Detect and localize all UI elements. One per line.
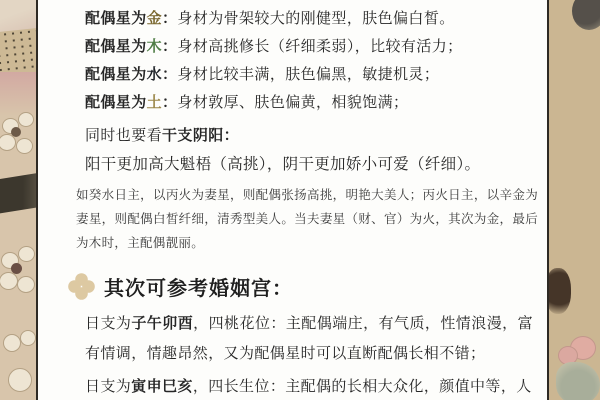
day-branch-paragraph-changsheng: 日支为寅申巳亥，四长生位：主配偶的长相大众化，颜值中等，人 xyxy=(85,371,533,400)
ganzhi-heading-bold: 干支阴阳： xyxy=(162,126,239,144)
colon: ： xyxy=(162,93,177,111)
spouse-star-line-wood: 配偶星为木：身材高挑修长（纤细柔弱），比较有活力； xyxy=(85,35,463,56)
flower-petal xyxy=(8,368,32,392)
spouse-star-prefix: 配偶星为 xyxy=(85,93,147,111)
ganzhi-heading-prefix: 同时也要看 xyxy=(85,126,162,144)
left-floral-strip xyxy=(0,0,38,400)
marriage-palace-heading: 其次可参考婚姻宫： xyxy=(68,272,293,301)
element-wood: 木 xyxy=(147,37,162,55)
flower-petal xyxy=(17,276,35,293)
flower-petal xyxy=(3,334,21,352)
colon: ： xyxy=(162,37,177,55)
right-strip-dark-branch xyxy=(547,268,571,314)
spouse-star-description: 身材比较丰满，肤色偏黑，敏捷机灵； xyxy=(177,65,439,83)
day-branch-bold: 子午卯酉 xyxy=(131,314,193,332)
flower-petal xyxy=(0,272,18,290)
day-branch-prefix: 日支为 xyxy=(85,314,131,332)
colon: ： xyxy=(162,9,177,27)
flower-petal xyxy=(18,246,35,262)
flower-petal xyxy=(18,112,34,127)
element-earth: 土 xyxy=(147,93,162,111)
right-strip-dark-rock xyxy=(572,0,600,30)
day-branch-prefix: 日支为 xyxy=(85,377,131,395)
spouse-star-line-earth: 配偶星为土：身材敦厚、肤色偏黄，相貌饱满； xyxy=(85,91,408,112)
document-body: 配偶星为金：身材为骨架较大的刚健型，肤色偏白皙。 配偶星为木：身材高挑修长（纤细… xyxy=(40,0,545,400)
spouse-star-description: 身材高挑修长（纤细柔弱），比较有活力； xyxy=(177,37,462,55)
day-branch-paragraph-peach-blossom: 日支为子午卯酉，四桃花位：主配偶端庄，有气质，性情浪漫，富有情调，情趣昂然，又为… xyxy=(85,308,533,368)
element-metal: 金 xyxy=(147,9,162,27)
left-strip-dark-branch xyxy=(0,172,38,214)
yang-yin-description: 阳干更加高大魁梧（高挑），阴干更加娇小可爱（纤细）。 xyxy=(85,152,480,174)
left-strip-pink-wash xyxy=(0,72,38,116)
day-branch-rest: ，四长生位：主配偶的长相大众化，颜值中等，人 xyxy=(193,377,532,395)
leaf-cluster xyxy=(556,362,600,400)
element-water: 水 xyxy=(147,65,162,83)
spouse-star-line-water: 配偶星为水：身材比较丰满，肤色偏黑，敏捷机灵； xyxy=(85,63,439,84)
spouse-star-description: 身材敦厚、肤色偏黄，相貌饱满； xyxy=(177,93,408,111)
flower-center xyxy=(11,263,22,274)
flower-center xyxy=(11,127,21,137)
spouse-star-prefix: 配偶星为 xyxy=(85,37,147,55)
spouse-star-description: 身材为骨架较大的刚健型，肤色偏白皙。 xyxy=(177,9,454,27)
ganzhi-yinyang-heading: 同时也要看干支阴阳： xyxy=(85,124,239,145)
section-title: 其次可参考婚姻宫： xyxy=(104,272,293,301)
colon: ： xyxy=(162,65,177,83)
left-strip-seed-texture xyxy=(0,28,38,77)
spouse-star-prefix: 配偶星为 xyxy=(85,9,147,27)
quatrefoil-flower-icon xyxy=(68,273,95,300)
flower-petal xyxy=(16,138,33,154)
spouse-star-prefix: 配偶星为 xyxy=(85,65,147,83)
day-branch-bold: 寅申巳亥 xyxy=(131,377,193,395)
spouse-star-line-metal: 配偶星为金：身材为骨架较大的刚健型，肤色偏白皙。 xyxy=(85,7,455,28)
example-note-paragraph: 如癸水日主，以丙火为妻星，则配偶张扬高挑，明艳大美人；丙火日主，以辛金为妻星，则… xyxy=(76,183,538,255)
right-floral-strip xyxy=(547,0,600,400)
flower-petal xyxy=(20,330,36,346)
